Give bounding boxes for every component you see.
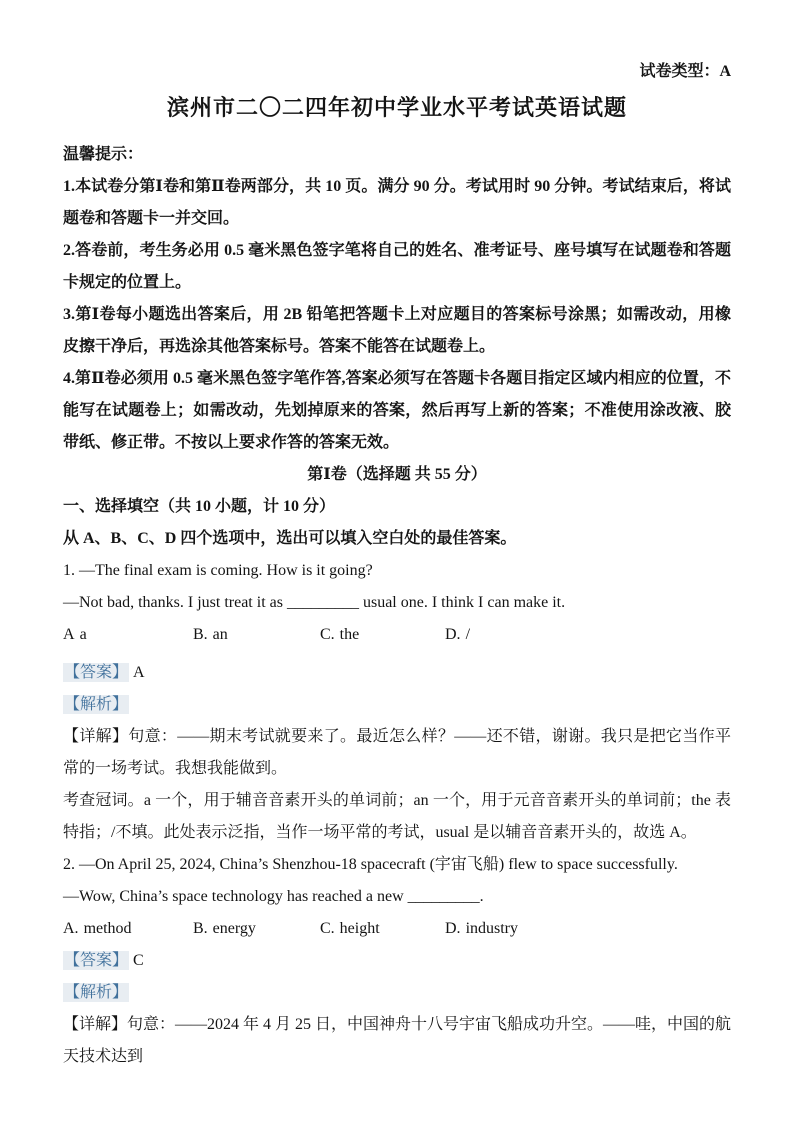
question-2-analysis-line: 【解析】: [63, 977, 731, 1009]
option-c-text: the: [340, 626, 360, 643]
option-d-text: industry: [466, 920, 518, 937]
option-c-label: C.: [320, 920, 335, 937]
exam-type-label: 试卷类型：A: [63, 56, 731, 88]
analysis-tag: 【解析】: [63, 695, 129, 714]
option-a: Aa: [63, 619, 193, 651]
question-1-explanation-2: 考查冠词。a 一个，用于辅音音素开头的单词前；an 一个，用于元音音素开头的单词…: [63, 785, 731, 849]
question-2-line-1: 2. —On April 25, 2024, China’s Shenzhou-…: [63, 849, 731, 881]
question-1-line-1: 1. —The final exam is coming. How is it …: [63, 555, 731, 587]
option-c: C.height: [320, 913, 445, 945]
notice-item-4: 4.第Ⅱ卷必须用 0.5 毫米黑色签字笔作答,答案必须写在答题卡各题目指定区域内…: [63, 363, 731, 459]
answer-value: C: [133, 952, 144, 969]
answer-value: A: [133, 664, 145, 681]
question-1-explanation-1: 【详解】句意：——期末考试就要来了。最近怎么样？——还不错，谢谢。我只是把它当作…: [63, 721, 731, 785]
option-a-label: A: [63, 626, 75, 643]
option-b-text: energy: [213, 920, 256, 937]
option-a-label: A.: [63, 920, 79, 937]
option-b: B.energy: [193, 913, 320, 945]
option-c-text: height: [340, 920, 380, 937]
option-b: B.an: [193, 619, 320, 651]
option-d-text: /: [466, 626, 470, 643]
option-d: D.industry: [445, 913, 731, 945]
question-1-line-2: —Not bad, thanks. I just treat it as ___…: [63, 587, 731, 619]
notice-item-3: 3.第Ⅰ卷每小题选出答案后，用 2B 铅笔把答题卡上对应题目的答案标号涂黑；如需…: [63, 299, 731, 363]
part-instruction: 从 A、B、C、D 四个选项中，选出可以填入空白处的最佳答案。: [63, 523, 731, 555]
question-1-options: Aa B.an C.the D./: [63, 619, 731, 651]
question-2-options: A.method B.energy C.height D.industry: [63, 913, 731, 945]
question-1-answer-line: 【答案】A: [63, 657, 731, 689]
part-heading: 一、选择填空（共 10 小题，计 10 分）: [63, 491, 731, 523]
option-d: D./: [445, 619, 731, 651]
option-a: A.method: [63, 913, 193, 945]
option-c-label: C.: [320, 626, 335, 643]
option-a-text: method: [84, 920, 132, 937]
question-2-answer-line: 【答案】C: [63, 945, 731, 977]
option-b-label: B.: [193, 626, 208, 643]
question-1-analysis-line: 【解析】: [63, 689, 731, 721]
exam-paper-page: 试卷类型：A 滨州市二〇二四年初中学业水平考试英语试题 温馨提示： 1.本试卷分…: [0, 0, 793, 1122]
section-heading: 第Ⅰ卷（选择题 共 55 分）: [63, 459, 731, 491]
page-title: 滨州市二〇二四年初中学业水平考试英语试题: [63, 92, 731, 124]
notice-heading: 温馨提示：: [63, 139, 731, 171]
question-1: 1. —The final exam is coming. How is it …: [63, 555, 731, 849]
option-b-label: B.: [193, 920, 208, 937]
question-2-line-2: —Wow, China’s space technology has reach…: [63, 881, 731, 913]
answer-tag: 【答案】: [63, 951, 129, 970]
question-2-explanation-1: 【详解】句意：——2024 年 4 月 25 日，中国神舟十八号宇宙飞船成功升空…: [63, 1009, 731, 1073]
analysis-tag: 【解析】: [63, 983, 129, 1002]
notice-item-2: 2.答卷前，考生务必用 0.5 毫米黑色签字笔将自己的姓名、准考证号、座号填写在…: [63, 235, 731, 299]
question-2: 2. —On April 25, 2024, China’s Shenzhou-…: [63, 849, 731, 1073]
option-d-label: D.: [445, 626, 461, 643]
option-b-text: an: [213, 626, 228, 643]
option-a-text: a: [80, 626, 87, 643]
answer-tag: 【答案】: [63, 663, 129, 682]
option-c: C.the: [320, 619, 445, 651]
option-d-label: D.: [445, 920, 461, 937]
notice-item-1: 1.本试卷分第Ⅰ卷和第Ⅱ卷两部分，共 10 页。满分 90 分。考试用时 90 …: [63, 171, 731, 235]
